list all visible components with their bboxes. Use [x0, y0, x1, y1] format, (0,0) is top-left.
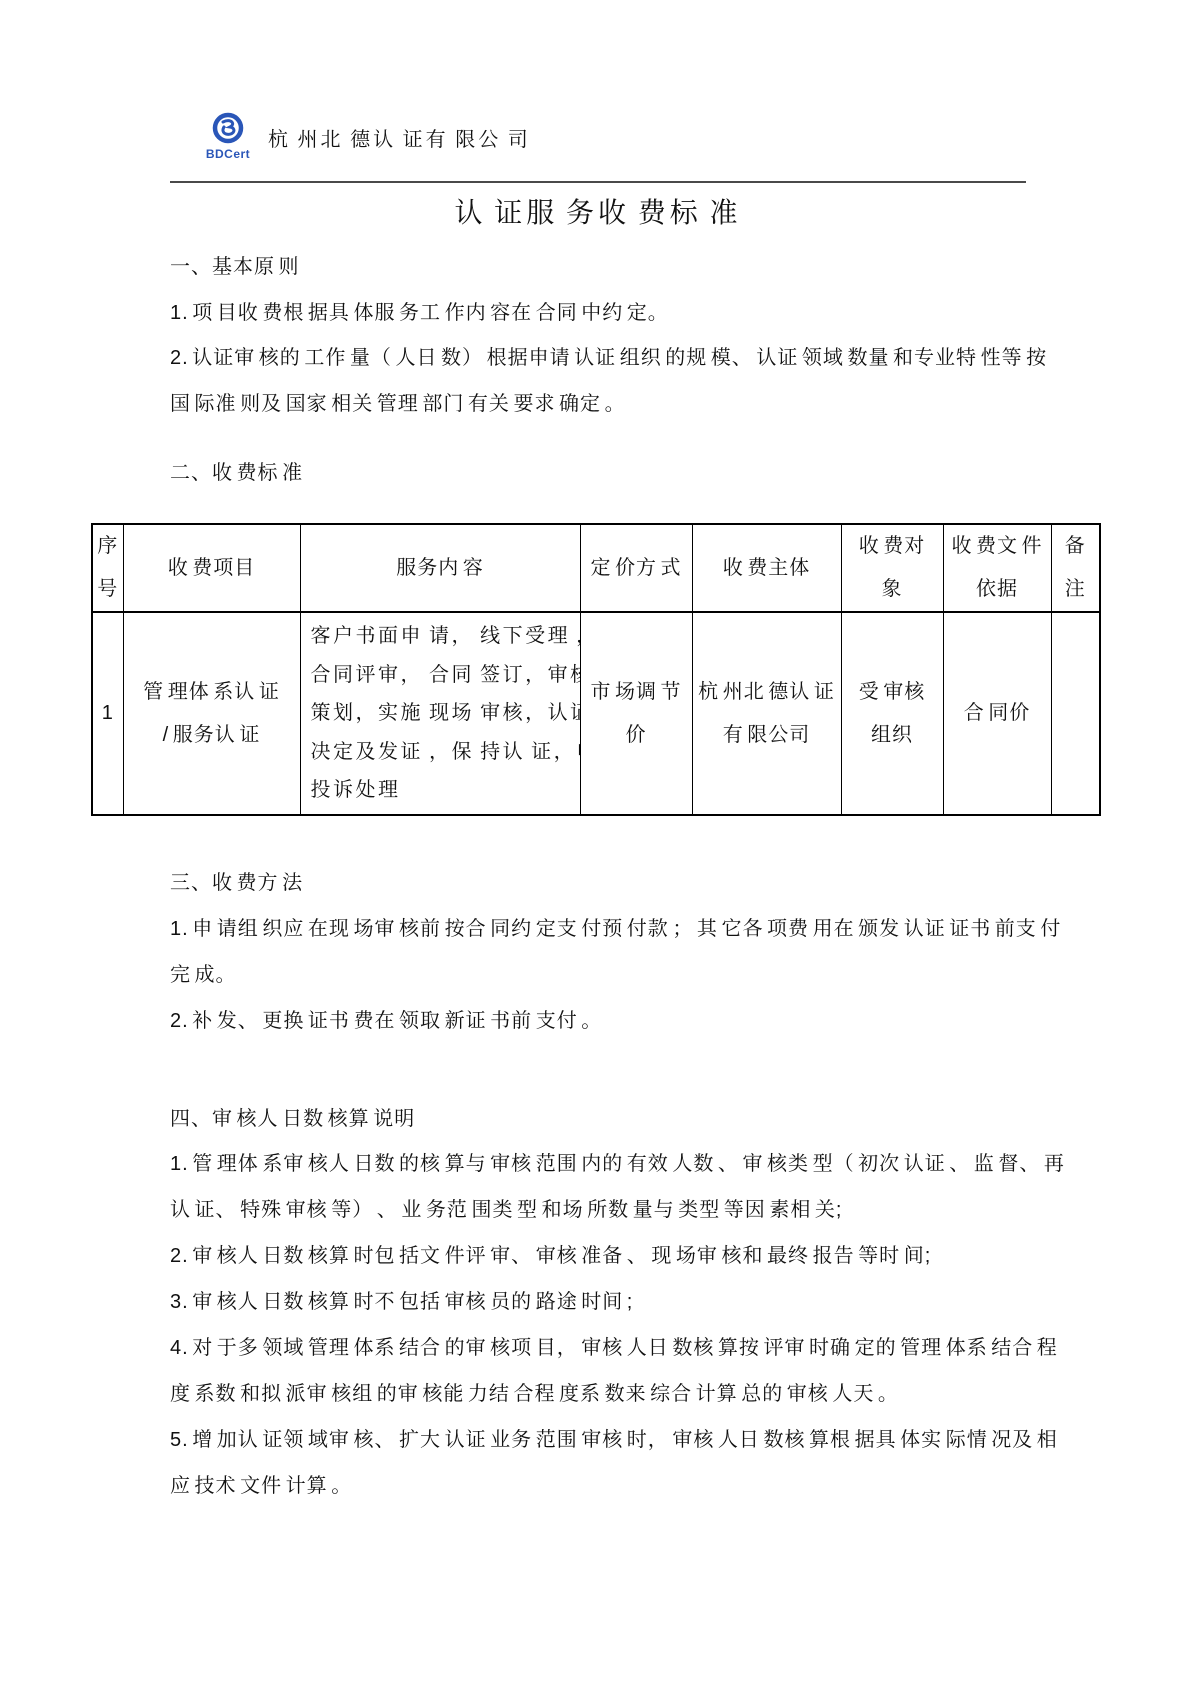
section-3-paragraph-1-line-1: 1. 申 请组 织应 在现 场审 核前 按合 同约 定支 付预 付款 ； 其 它…	[170, 906, 1026, 952]
section-4-heading: 四、审 核人 日数 核算 说明	[170, 1096, 1026, 1142]
fee-table-row-1: 1 管 理体 系认 证 / 服务认 证 客户书面申 请， 线下受理 ， 合同评审…	[92, 612, 1100, 815]
section-4-paragraph-2: 2. 审 核人 日数 核算 时包 括文 件评 审、 审核 准备 、 现 场审 核…	[170, 1233, 1026, 1279]
cell-charger: 杭 州北 德认 证 有 限公司	[692, 612, 841, 815]
cell-service-content: 客户书面申 请， 线下受理 ， 合同评审， 合同 签订，审核 策划，实施 现场 …	[300, 612, 580, 815]
fee-table: 序 号 收 费项目 服务内 容 定 价方 式 收 费主体 收 费对 象 收 费文…	[91, 523, 1101, 816]
section-1-paragraph-2-line-2: 国 际准 则及 国家 相关 管理 部门 有关 要求 确定 。	[170, 381, 1026, 427]
company-name: 杭 州北 德认 证有 限公 司	[268, 117, 531, 163]
col-header-remark: 备 注	[1051, 524, 1100, 612]
service-line-3: 策划，实施 现场 审核，认证	[311, 694, 580, 733]
section-1-heading: 一、基本原 则	[170, 244, 1026, 290]
col-header-item: 收 费项目	[123, 524, 300, 612]
service-line-4: 决定及发证 ，保 持认 证，申	[311, 733, 580, 772]
section-4-paragraph-1-line-1: 1. 管 理体 系审 核人 日数 的核 算与 审核 范围 内的 有效 人数 、 …	[170, 1141, 1026, 1187]
header-divider	[170, 181, 1026, 183]
col-header-charger: 收 费主体	[692, 524, 841, 612]
col-header-index: 序 号	[92, 524, 123, 612]
section-1-paragraph-2-line-1: 2. 认证审 核的 工作 量（ 人日 数） 根据申请 认证 组织 的规 模、 认…	[170, 335, 1026, 381]
col-header-payer: 收 费对 象	[841, 524, 943, 612]
service-line-5: 投诉处理	[311, 771, 580, 810]
cell-pricing: 市 场调 节 价	[580, 612, 692, 815]
section-4-paragraph-3: 3. 审 核人 日数 核算 时不 包括 审核 员的 路途 时间 ;	[170, 1279, 1026, 1325]
section-4-paragraph-5-line-2: 应 技术 文件 计算 。	[170, 1463, 1026, 1509]
section-4-paragraph-5-line-1: 5. 增 加认 证领 域审 核、 扩大 认证 业务 范围 审核 时， 审核 人日…	[170, 1417, 1026, 1463]
bdcert-logo-icon	[209, 112, 247, 146]
cell-basis: 合 同价	[943, 612, 1051, 815]
section-2-heading: 二、收 费标 准	[170, 450, 1026, 496]
cell-item: 管 理体 系认 证 / 服务认 证	[123, 612, 300, 815]
section-3-heading: 三、收 费方 法	[170, 860, 1026, 906]
logo-wordmark: BDCert	[196, 147, 260, 161]
section-3-paragraph-2: 2. 补 发、 更换 证书 费在 领取 新证 书前 支付 。	[170, 998, 1026, 1044]
section-3-paragraph-1-line-2: 完 成。	[170, 952, 1026, 998]
section-4-paragraph-1-line-2: 认 证、 特殊 审核 等） 、 业 务范 围类 型 和场 所数 量与 类型 等因…	[170, 1187, 1026, 1233]
fee-table-header-row: 序 号 收 费项目 服务内 容 定 价方 式 收 费主体 收 费对 象 收 费文…	[92, 524, 1100, 612]
cell-index: 1	[92, 612, 123, 815]
cell-payer: 受 审核 组织	[841, 612, 943, 815]
col-header-pricing: 定 价方 式	[580, 524, 692, 612]
service-line-1: 客户书面申 请， 线下受理 ，	[311, 617, 580, 656]
section-4-paragraph-4-line-1: 4. 对 于多 领域 管理 体系 结合 的审 核项 目， 审核 人日 数核 算按…	[170, 1325, 1026, 1371]
cell-remark	[1051, 612, 1100, 815]
section-4-paragraph-4-line-2: 度 系数 和拟 派审 核组 的审 核能 力结 合程 度系 数来 综合 计算 总的…	[170, 1371, 1026, 1417]
section-1-paragraph-1: 1. 项 目收 费根 据具 体服 务工 作内 容在 合同 中约 定。	[170, 290, 1026, 336]
col-header-basis: 收 费文 件 依据	[943, 524, 1051, 612]
document-page: BDCert 杭 州北 德认 证有 限公 司 认 证服 务收 费标 准 一、基本…	[0, 0, 1191, 1684]
col-header-service: 服务内 容	[300, 524, 580, 612]
service-line-2: 合同评审， 合同 签订，审核	[311, 656, 580, 695]
page-title: 认 证服 务收 费标 准	[170, 190, 1026, 236]
